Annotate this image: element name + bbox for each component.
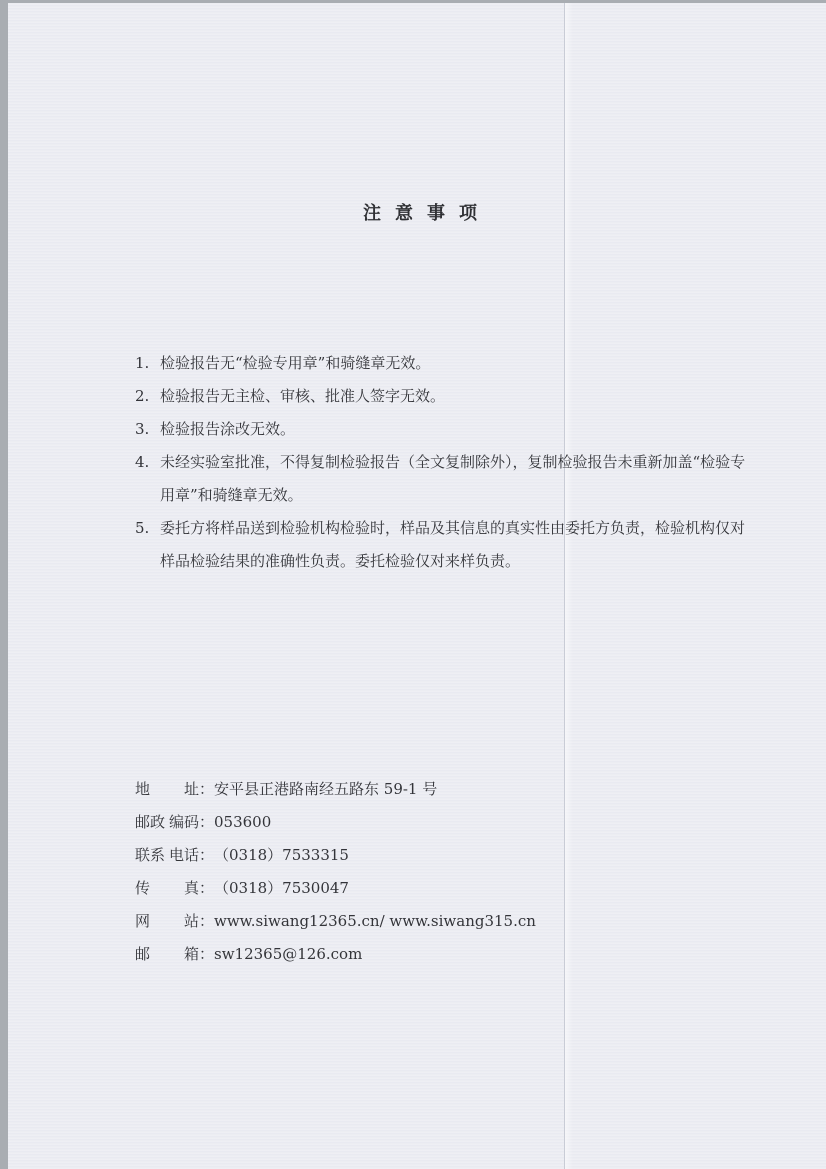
colon: ： bbox=[199, 806, 214, 839]
label-part: 站 bbox=[184, 905, 199, 938]
contact-info: 地 址 ： 安平县正港路南经五路东 59-1 号 邮政 编码 ： 053600 … bbox=[135, 773, 536, 971]
note-text: 检验报告无“检验专用章”和骑缝章无效。 bbox=[160, 347, 755, 380]
note-number: 5. bbox=[135, 512, 160, 578]
contact-fax: 传 真 ： （0318）7530047 bbox=[135, 872, 536, 905]
contact-email: 邮 箱 ： sw12365@126.com bbox=[135, 938, 536, 971]
label-part: 箱 bbox=[184, 938, 199, 971]
label-part: 网 bbox=[135, 905, 150, 938]
note-item: 1. 检验报告无“检验专用章”和骑缝章无效。 bbox=[135, 347, 755, 380]
contact-label: 联系 电话 bbox=[135, 839, 199, 872]
colon: ： bbox=[199, 872, 214, 905]
contact-value: （0318）7533315 bbox=[214, 839, 349, 872]
note-number: 3. bbox=[135, 413, 160, 446]
label-part: 电话 bbox=[169, 839, 199, 872]
note-item: 4. 未经实验室批准，不得复制检验报告（全文复制除外），复制检验报告未重新加盖“… bbox=[135, 446, 755, 512]
label-part: 址 bbox=[184, 773, 199, 806]
label-part: 传 bbox=[135, 872, 150, 905]
contact-postcode: 邮政 编码 ： 053600 bbox=[135, 806, 536, 839]
colon: ： bbox=[199, 773, 214, 806]
contact-value: sw12365@126.com bbox=[214, 938, 362, 971]
label-part: 真 bbox=[184, 872, 199, 905]
note-item: 5. 委托方将样品送到检验机构检验时，样品及其信息的真实性由委托方负责，检验机构… bbox=[135, 512, 755, 578]
contact-label: 地 址 bbox=[135, 773, 199, 806]
colon: ： bbox=[199, 905, 214, 938]
contact-address: 地 址 ： 安平县正港路南经五路东 59-1 号 bbox=[135, 773, 536, 806]
note-item: 2. 检验报告无主检、审核、批准人签字无效。 bbox=[135, 380, 755, 413]
contact-value: 053600 bbox=[214, 806, 271, 839]
contact-value: www.siwang12365.cn/ www.siwang315.cn bbox=[214, 905, 536, 938]
note-number: 1. bbox=[135, 347, 160, 380]
contact-phone: 联系 电话 ： （0318）7533315 bbox=[135, 839, 536, 872]
note-number: 4. bbox=[135, 446, 160, 512]
document-page: 注意事项 1. 检验报告无“检验专用章”和骑缝章无效。 2. 检验报告无主检、审… bbox=[8, 3, 826, 1169]
fold-shade bbox=[565, 3, 573, 1169]
colon: ： bbox=[199, 839, 214, 872]
contact-label: 邮 箱 bbox=[135, 938, 199, 971]
notes-list: 1. 检验报告无“检验专用章”和骑缝章无效。 2. 检验报告无主检、审核、批准人… bbox=[135, 347, 755, 578]
contact-label: 网 站 bbox=[135, 905, 199, 938]
label-part: 联系 bbox=[135, 839, 165, 872]
contact-label: 传 真 bbox=[135, 872, 199, 905]
contact-website: 网 站 ： www.siwang12365.cn/ www.siwang315.… bbox=[135, 905, 536, 938]
colon: ： bbox=[199, 938, 214, 971]
label-part: 编码 bbox=[169, 806, 199, 839]
note-text: 检验报告涂改无效。 bbox=[160, 413, 755, 446]
contact-label: 邮政 编码 bbox=[135, 806, 199, 839]
contact-value: 安平县正港路南经五路东 59-1 号 bbox=[214, 773, 437, 806]
label-part: 邮 bbox=[135, 938, 150, 971]
contact-value: （0318）7530047 bbox=[214, 872, 349, 905]
note-item: 3. 检验报告涂改无效。 bbox=[135, 413, 755, 446]
label-part: 地 bbox=[135, 773, 150, 806]
note-number: 2. bbox=[135, 380, 160, 413]
note-text: 未经实验室批准，不得复制检验报告（全文复制除外），复制检验报告未重新加盖“检验专… bbox=[160, 446, 755, 512]
label-part: 邮政 bbox=[135, 806, 165, 839]
page-title: 注意事项 bbox=[0, 199, 826, 225]
note-text: 委托方将样品送到检验机构检验时，样品及其信息的真实性由委托方负责，检验机构仅对样… bbox=[160, 512, 755, 578]
note-text: 检验报告无主检、审核、批准人签字无效。 bbox=[160, 380, 755, 413]
